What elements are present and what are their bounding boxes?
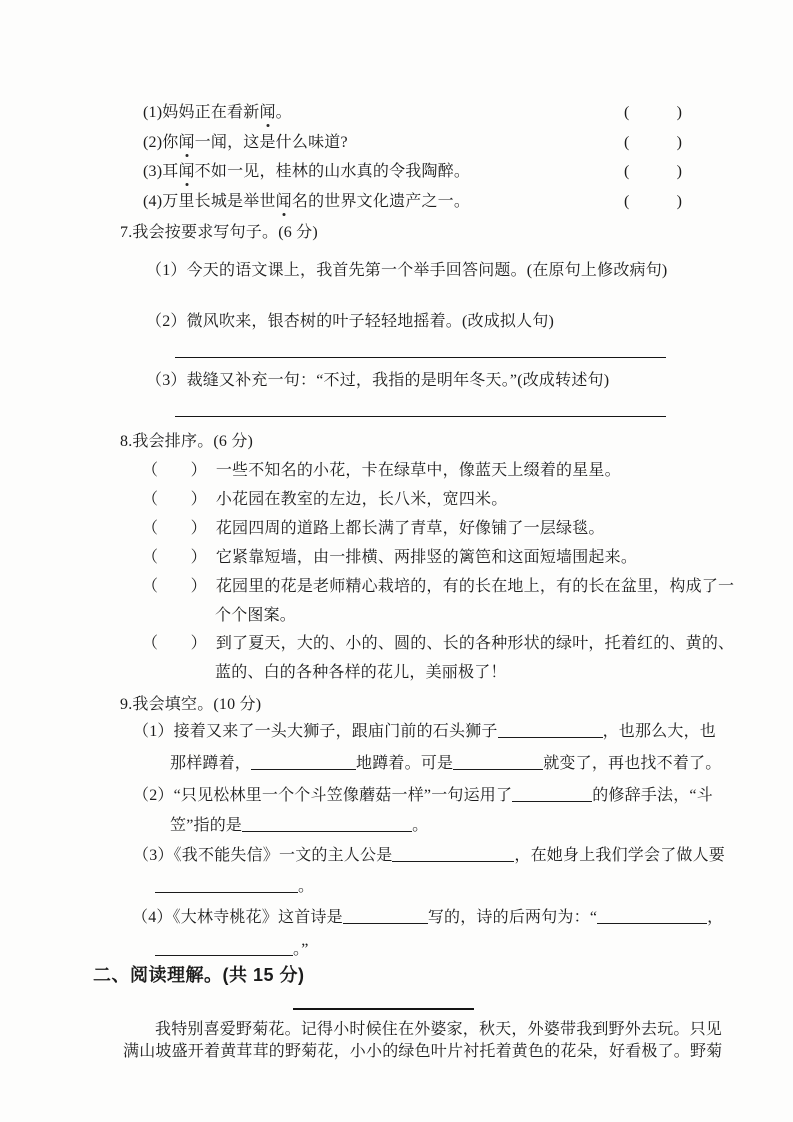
q8-item-6-text-line2: 蓝的、白的各种各样的花儿，美丽极了！	[215, 663, 507, 683]
q8-item-6-number-slot: （ ）	[142, 635, 207, 652]
q9-item-2-text: （2）“只见松林里一个个斗笠像蘑菇一样”一句运用了	[133, 787, 512, 804]
q6-item-3: (3)耳闻不如一见，桂林的山水真的令我陶醉。	[143, 162, 470, 182]
q7-item-1: （1）今天的语文课上，我首先第一个举手回答问题。(在原句上修改病句)	[146, 261, 667, 281]
q9-item-4-line1: （4）《大林寺桃花》这首诗是写的，诗的后两句为：“，	[132, 908, 723, 928]
q6-item-3-text-post: 不如一见，桂林的山水真的令我陶醉。	[195, 163, 470, 180]
q6-item-4-text-post: 名的世界文化遗产之一。	[292, 193, 470, 210]
q8-item-5: （ ）花园里的花是老师精心栽培的，有的长在地上，有的长在盆里，构成了一	[142, 577, 734, 597]
q9-item-3-text: （3）《我不能失信》一文的主人公是	[133, 847, 392, 864]
q8-item-3: （ ）花园四周的道路上都长满了青草，好像铺了一层绿毯。	[142, 519, 605, 539]
q9-item-1-text: ，也那么大，也	[603, 723, 716, 740]
q6-item-3-answer-brackets: ()	[624, 162, 682, 182]
q9-item-3-text: 。	[298, 878, 314, 895]
fill-blank	[155, 877, 298, 893]
q6-item-1: (1)妈妈正在看新闻。	[143, 103, 292, 123]
q8-item-5-text-line1: 花园里的花是老师精心栽培的，有的长在地上，有的长在盆里，构成了一	[216, 578, 734, 595]
q6-item-2-text-post: 一闻，这是什么味道?	[195, 134, 348, 151]
q9-item-1-text: 那样蹲着，	[170, 755, 251, 772]
fill-blank	[155, 940, 293, 956]
q8-item-2-text: 小花园在教室的左边，长八米，宽四米。	[216, 491, 508, 508]
q8-item-5-number-slot: （ ）	[142, 578, 207, 595]
q6-item-2: (2)你闻一闻，这是什么味道?	[143, 133, 348, 153]
q6-item-4-text-pre: (4)万里长城是举世	[143, 193, 276, 210]
q9-item-1-line2: 那样蹲着，地蹲着。可是就变了，再也找不着了。	[170, 754, 721, 774]
section2-heading: 二、阅读理解。(共 15 分)	[93, 964, 305, 986]
q6-item-4-emphasized-char: 闻	[276, 192, 292, 212]
q8-item-6-text-line1: 到了夏天，大的、小的、圆的、长的各种形状的绿叶，托着红的、黄的、	[216, 635, 734, 652]
q9-item-4-text: （4）《大林寺桃花》这首诗是	[132, 909, 343, 926]
close-paren: )	[677, 192, 682, 212]
fill-blank	[392, 846, 514, 862]
q9-item-4-text: 写的，诗的后两句为：“	[428, 909, 597, 926]
passage-title-blank	[293, 1008, 474, 1010]
q7-item-2: （2）微风吹来，银杏树的叶子轻轻地摇着。(改成拟人句)	[146, 312, 554, 332]
fill-blank	[512, 786, 592, 802]
close-paren: )	[677, 162, 682, 182]
q9-item-2-text: 笠”指的是	[170, 817, 242, 834]
open-paren: (	[624, 192, 629, 212]
q6-item-3-emphasized-char: 闻	[178, 162, 194, 182]
q9-item-3-text: ，在她身上我们学会了做人要	[514, 847, 725, 864]
fill-blank	[597, 908, 707, 924]
fill-blank	[343, 908, 428, 924]
q8-item-1-text: 一些不知名的小花，卡在绿草中，像蓝天上缀着的星星。	[216, 462, 621, 479]
open-paren: (	[624, 103, 629, 123]
q8-item-4-text: 它紧靠短墙，由一排横、两排竖的篱笆和这面短墙围起来。	[216, 549, 637, 566]
q9-item-3-line2: 。	[155, 877, 314, 897]
passage-line-1: 我特别喜爱野菊花。记得小时候住在外婆家，秋天，外婆带我到野外去玩。只见	[155, 1020, 722, 1040]
q7-item-2-answer-line	[175, 357, 666, 358]
q6-item-3-text-pre: (3)耳	[143, 163, 178, 180]
q7-heading: 7.我会按要求写句子。(6 分)	[120, 223, 318, 243]
close-paren: )	[677, 103, 682, 123]
fill-blank	[498, 722, 603, 738]
fill-blank	[453, 754, 543, 770]
q9-item-2-line2: 笠”指的是。	[170, 816, 428, 836]
q9-item-1-line1: （1）接着又来了一头大狮子，跟庙门前的石头狮子，也那么大，也	[133, 722, 716, 742]
q9-item-2-line1: （2）“只见松林里一个个斗笠像蘑菇一样”一句运用了的修辞手法，“斗	[133, 786, 713, 806]
open-paren: (	[624, 133, 629, 153]
q8-item-5-text-line2: 个个图案。	[215, 606, 296, 626]
q8-item-2-number-slot: （ ）	[142, 491, 207, 508]
q9-item-3-line1: （3）《我不能失信》一文的主人公是，在她身上我们学会了做人要	[133, 846, 725, 866]
q7-item-3-answer-line	[175, 416, 666, 417]
q8-item-3-text: 花园四周的道路上都长满了青草，好像铺了一层绿毯。	[216, 520, 605, 537]
q6-item-4: (4)万里长城是举世闻名的世界文化遗产之一。	[143, 192, 470, 212]
q9-item-2-text: 。	[412, 817, 428, 834]
q9-heading: 9.我会填空。(10 分)	[120, 695, 261, 715]
q8-item-1: （ ）一些不知名的小花，卡在绿草中，像蓝天上缀着的星星。	[142, 461, 621, 481]
q6-item-1-text-post: 。	[276, 104, 292, 121]
q6-item-1-text-pre: (1)妈妈正在看新	[143, 104, 259, 121]
q6-item-2-emphasized-char: 闻	[178, 133, 194, 153]
fill-blank	[251, 754, 356, 770]
q8-item-3-number-slot: （ ）	[142, 520, 207, 537]
q9-item-2-text: 的修辞手法，“斗	[592, 787, 713, 804]
q6-item-1-answer-brackets: ()	[624, 103, 682, 123]
q9-item-1-text: （1）接着又来了一头大狮子，跟庙门前的石头狮子	[133, 723, 498, 740]
open-paren: (	[624, 162, 629, 182]
q8-item-2: （ ）小花园在教室的左边，长八米，宽四米。	[142, 490, 507, 510]
fill-blank	[242, 816, 412, 832]
passage-line-2: 满山坡盛开着黄茸茸的野菊花，小小的绿色叶片衬托着黄色的花朵，好看极了。野菊	[123, 1042, 722, 1062]
q6-item-4-answer-brackets: ()	[624, 192, 682, 212]
q8-item-1-number-slot: （ ）	[142, 462, 207, 479]
q8-item-6: （ ）到了夏天，大的、小的、圆的、长的各种形状的绿叶，托着红的、黄的、	[142, 634, 734, 654]
q8-heading: 8.我会排序。(6 分)	[120, 432, 253, 452]
q9-item-4-text: 。”	[293, 941, 309, 958]
q6-item-2-text-pre: (2)你	[143, 134, 178, 151]
q9-item-1-text: 地蹲着。可是	[356, 755, 453, 772]
close-paren: )	[677, 133, 682, 153]
q9-item-1-text: 就变了，再也找不着了。	[543, 755, 721, 772]
q6-item-2-answer-brackets: ()	[624, 133, 682, 153]
q8-item-4: （ ）它紧靠短墙，由一排横、两排竖的篱笆和这面短墙围起来。	[142, 548, 637, 568]
q9-item-4-line2: 。”	[155, 940, 309, 960]
exam-page: (1)妈妈正在看新闻。 () (2)你闻一闻，这是什么味道? () (3)耳闻不…	[0, 0, 793, 1122]
q7-item-3: （3）裁缝又补充一句：“不过，我指的是明年冬天。”(改成转述句)	[146, 371, 609, 391]
q8-item-4-number-slot: （ ）	[142, 549, 207, 566]
q6-item-1-emphasized-char: 闻	[259, 103, 275, 123]
q9-item-4-text: ，	[707, 909, 723, 926]
